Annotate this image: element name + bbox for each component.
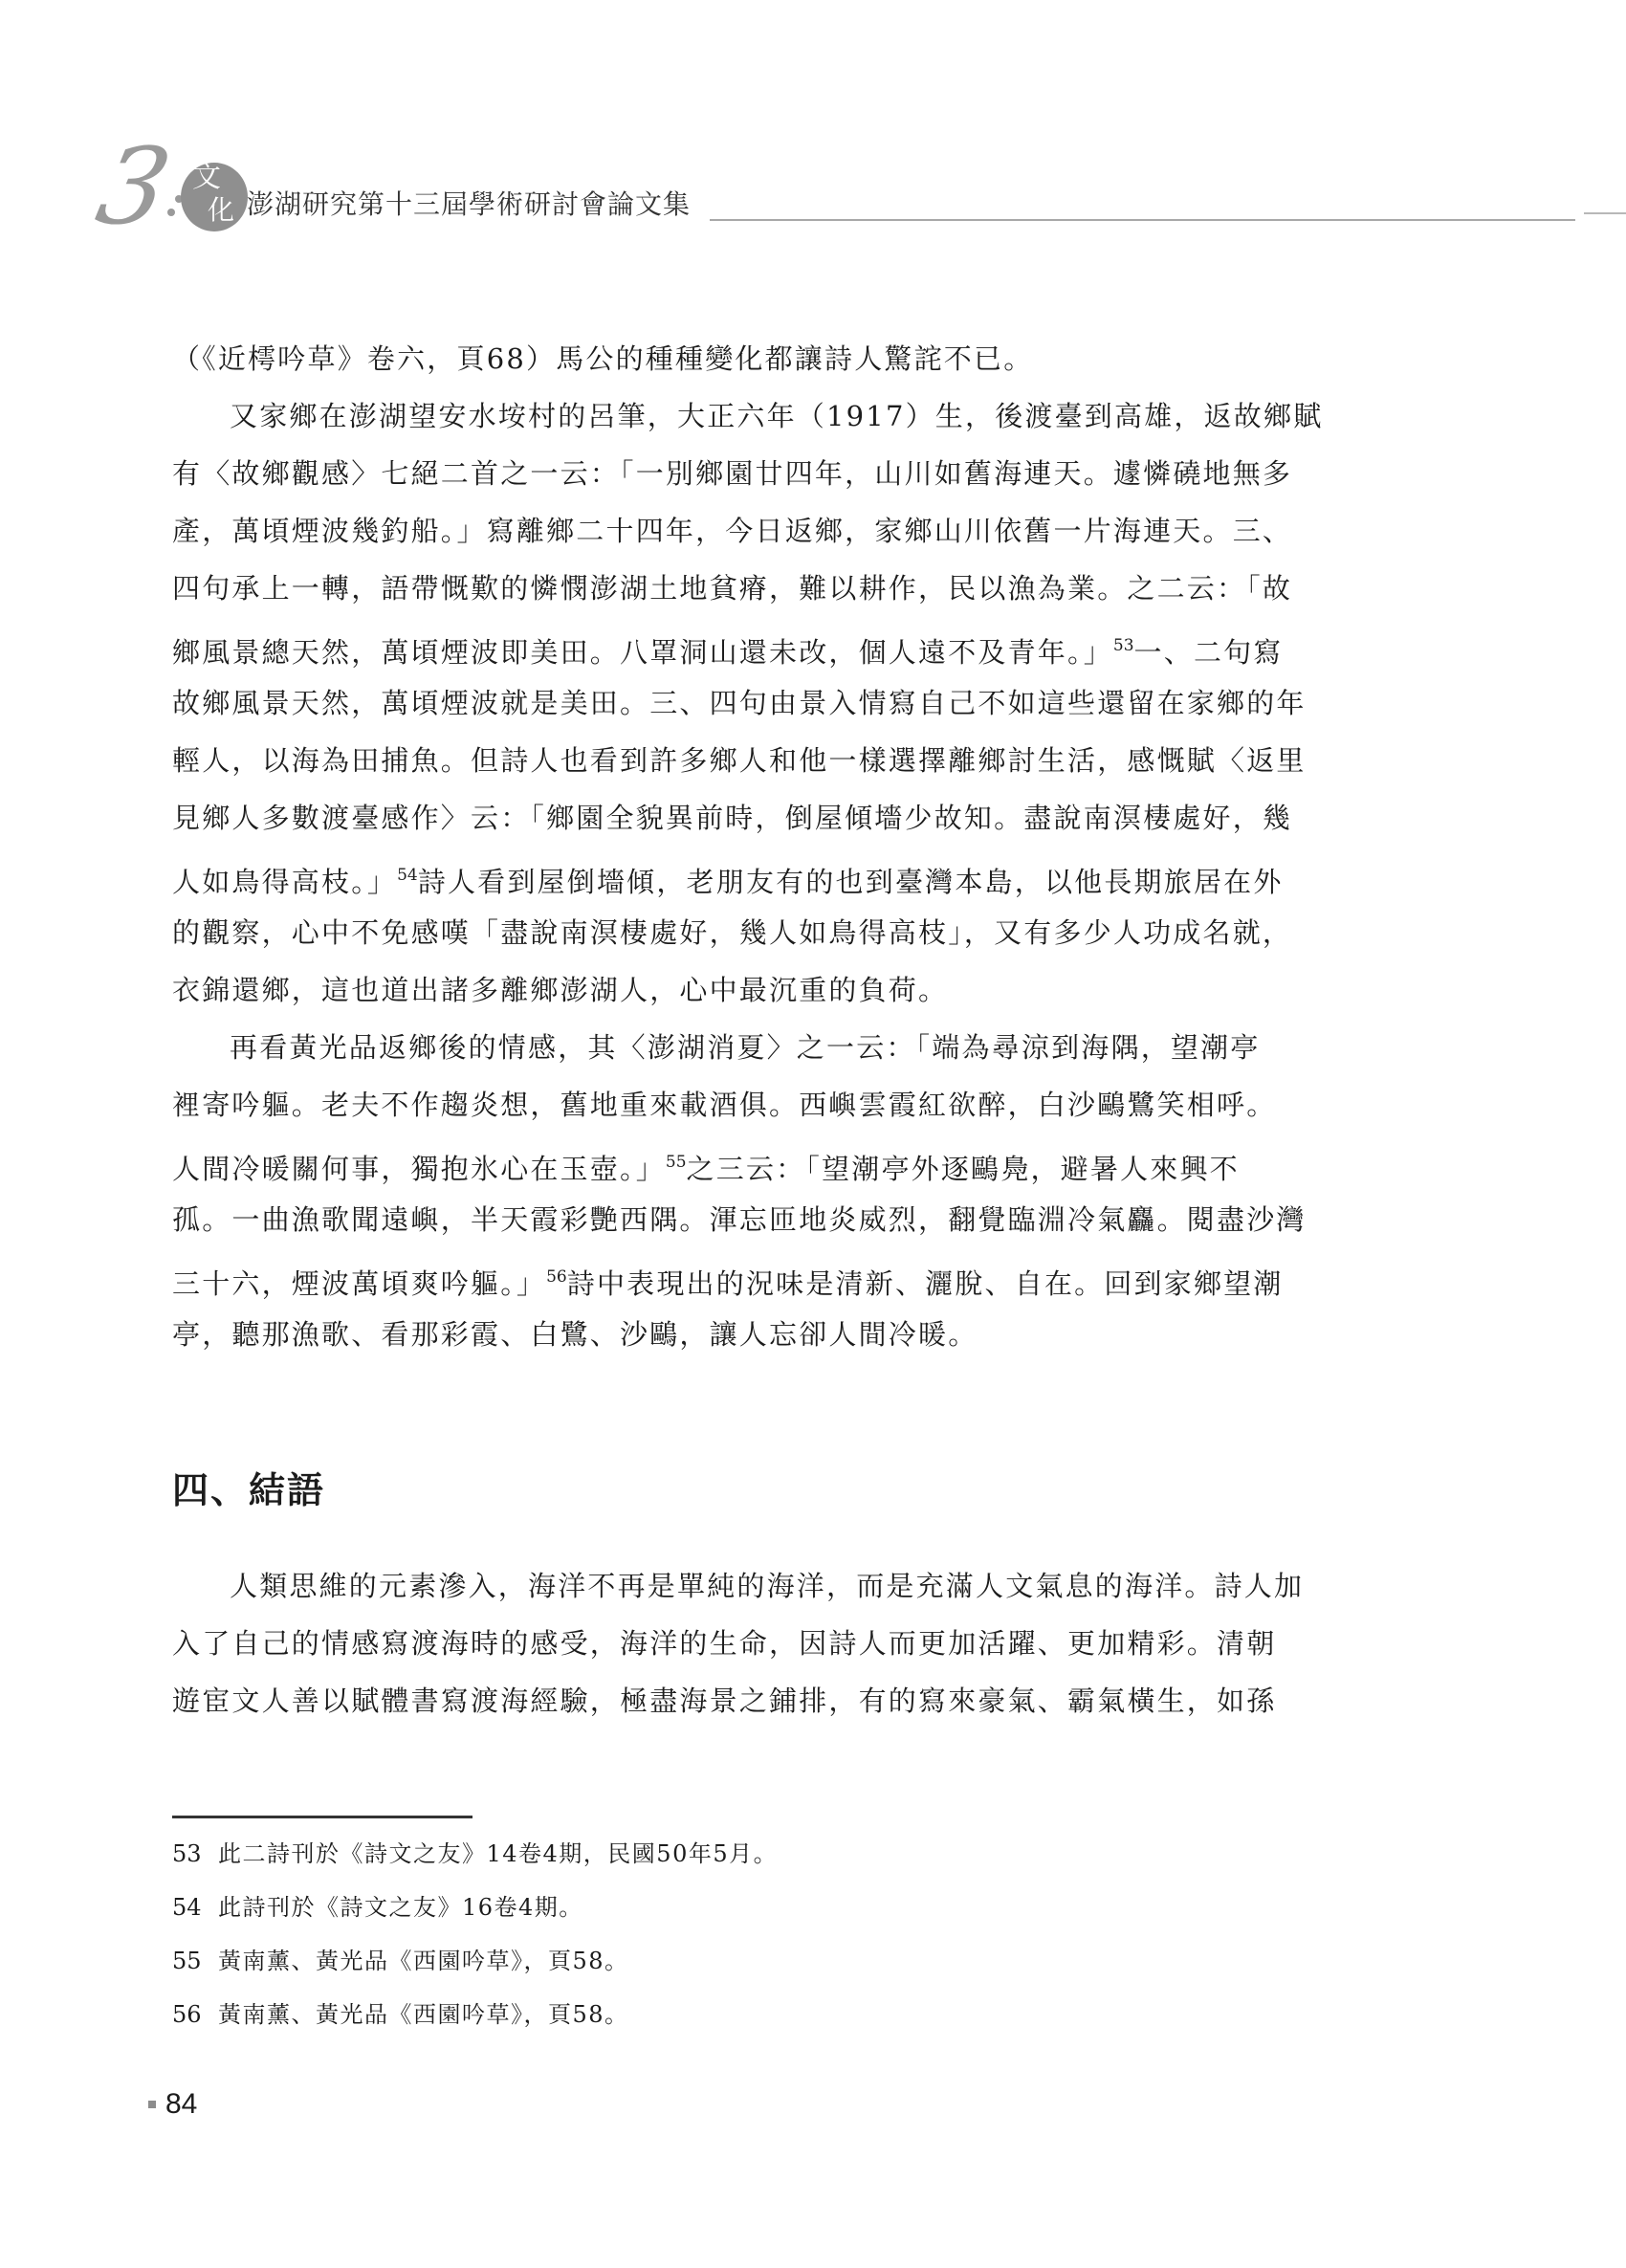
text-line: 再看黃光品返鄉後的情感，其〈澎湖消夏〉之一云：「端為尋涼到海隅，望潮亭 (230, 1028, 1379, 1067)
text-line: 有〈故鄉觀感〉七絕二首之一云：「一別鄉園廿四年，山川如舊海連天。遽憐磽地無多 (172, 454, 1379, 493)
text-line: 人類思維的元素滲入，海洋不再是單純的海洋，而是充滿人文氣息的海洋。詩人加 (230, 1567, 1379, 1605)
footnote-53: 53此二詩刊於《詩文之友》14卷4期，民國50年5月。 (172, 1838, 778, 1870)
logo-number: 3 (89, 134, 178, 239)
text-line: 人間冷暖關何事，獨抱氷心在玉壺。」55之三云：「望潮亭外逐鷗鳧，避暑人來興不 (172, 1143, 1379, 1188)
line-text: 故鄉風景天然，萬頃煙波就是美田。三、四句由景入情寫自己不如這些還留在家鄉的年 (172, 687, 1307, 719)
text-line: 入了自己的情感寫渡海時的感受，海洋的生命，因詩人而更加活躍、更加精彩。清朝 (172, 1624, 1379, 1662)
footnote-number: 54 (172, 1891, 218, 1924)
line-text: 人類思維的元素滲入，海洋不再是單純的海洋，而是充滿人文氣息的海洋。詩人加 (230, 1570, 1304, 1602)
line-text: 遊宦文人善以賦體書寫渡海經驗，極盡海景之鋪排，有的寫來豪氣、霸氣橫生，如孫 (172, 1684, 1276, 1717)
header-rule (710, 219, 1575, 221)
footnote-number: 55 (172, 1945, 218, 1977)
text-line: 又家鄉在澎湖望安水垵村的呂筆，大正六年（1917）生，後渡臺到高雄，返故鄉賦 (230, 397, 1379, 435)
text-line: 見鄉人多數渡臺感作〉云：「鄉園全貌異前時，倒屋傾墻少故知。盡說南溟棲處好，幾 (172, 799, 1379, 837)
line-text: 又家鄉在澎湖望安水垵村的呂筆，大正六年（1917）生，後渡臺到高雄，返故鄉賦 (230, 400, 1323, 432)
page-footer: 84 (148, 2088, 197, 2121)
line-text: 輕人，以海為田捕魚。但詩人也看到許多鄉人和他一樣選擇離鄉討生活，感慨賦〈返里 (172, 744, 1307, 777)
line-text: 再看黃光品返鄉後的情感，其〈澎湖消夏〉之一云：「端為尋涼到海隅，望潮亭 (230, 1031, 1261, 1064)
line-text: 孤。一曲漁歌聞遠嶼，半天霞彩艷西隅。渾忘匝地炎威烈，翻覺臨淵冷氣麤。閱盡沙灣 (172, 1203, 1307, 1236)
text-line: 鄉風景總天然，萬頃煙波即美田。八罩洞山還未改，個人遠不及青年。」53一、二句寫 (172, 627, 1379, 672)
line-text: 有〈故鄉觀感〉七絕二首之一云：「一別鄉園廿四年，山川如舊海連天。遽憐磽地無多 (172, 457, 1292, 490)
text-line: 遊宦文人善以賦體書寫渡海經驗，極盡海景之鋪排，有的寫來豪氣、霸氣橫生，如孫 (172, 1682, 1379, 1720)
line-text: 詩中表現出的況味是清新、灑脫、自在。回到家鄉望潮 (567, 1267, 1284, 1300)
line-text: 裡寄吟軀。老夫不作趨炎想，舊地重來載酒俱。西嶼雲霞紅欲醉，白沙鷗鷺笑相呼。 (172, 1089, 1276, 1121)
text-line: 的觀察，心中不免感嘆「盡說南溟棲處好，幾人如鳥得高枝」，又有多少人功成名就， (172, 914, 1379, 952)
journal-logo: 3 文 化 (100, 143, 253, 239)
line-text: 衣錦還鄉，這也道出諸多離鄉澎湖人，心中最沉重的負荷。 (172, 974, 948, 1006)
text-line: 產，萬頃煙波幾釣船。」寫離鄉二十四年，今日返鄉，家鄉山川依舊一片海連天。三、 (172, 512, 1379, 550)
line-text: 四句承上一轉，語帶慨歎的憐憫澎湖土地貧瘠，難以耕作，民以漁為業。之二云：「故 (172, 572, 1292, 605)
line-text: 的觀察，心中不免感嘆「盡說南溟棲處好，幾人如鳥得高枝」，又有多少人功成名就， (172, 916, 1292, 949)
footnote-55: 55黃南薰、黃光品《西園吟草》，頁58。 (172, 1945, 629, 1977)
line-text: 入了自己的情感寫渡海時的感受，海洋的生命，因詩人而更加活躍、更加精彩。清朝 (172, 1627, 1276, 1660)
line-text: 一、二句寫 (1134, 636, 1284, 669)
line-text: （《近樗吟草》卷六，頁68）馬公的種種變化都讓詩人驚詫不已。 (172, 342, 1033, 375)
line-text: 亭，聽那漁歌、看那彩霞、白鷺、沙鷗，讓人忘卻人間冷暖。 (172, 1318, 978, 1351)
footnote-text: 黃南薰、黃光品《西園吟草》，頁58。 (218, 2001, 629, 2028)
page-header: 3 文 化 澎湖研究第十三屆學術研討會論文集 (0, 0, 1626, 249)
footnote-separator (172, 1816, 472, 1818)
footnote-number: 56 (172, 1998, 218, 2031)
line-text: 人如鳥得高枝。」 (172, 866, 397, 898)
text-line: 亭，聽那漁歌、看那彩霞、白鷺、沙鷗，讓人忘卻人間冷暖。 (172, 1315, 1379, 1354)
footnote-number: 53 (172, 1838, 218, 1870)
text-line: （《近樗吟草》卷六，頁68）馬公的種種變化都讓詩人驚詫不已。 (172, 340, 1379, 378)
footnote-text: 此二詩刊於《詩文之友》14卷4期，民國50年5月。 (218, 1840, 778, 1867)
line-text: 鄉風景總天然，萬頃煙波即美田。八罩洞山還未改，個人遠不及青年。」 (172, 636, 1113, 669)
line-text: 產，萬頃煙波幾釣船。」寫離鄉二十四年，今日返鄉，家鄉山川依舊一片海連天。三、 (172, 515, 1292, 547)
square-bullet-icon (148, 2101, 156, 2108)
text-line: 三十六，煙波萬頃爽吟軀。」56詩中表現出的況味是清新、灑脫、自在。回到家鄉望潮 (172, 1258, 1379, 1303)
footnote-text: 黃南薰、黃光品《西園吟草》，頁58。 (218, 1948, 629, 1974)
footnote-ref-53[interactable]: 53 (1113, 636, 1134, 655)
line-text: 人間冷暖關何事，獨抱氷心在玉壺。」 (172, 1153, 666, 1185)
text-line: 人如鳥得高枝。」54詩人看到屋倒墻傾，老朋友有的也到臺灣本島，以他長期旅居在外 (172, 856, 1379, 901)
footnote-text: 此詩刊於《詩文之友》16卷4期。 (218, 1894, 583, 1921)
text-line: 故鄉風景天然，萬頃煙波就是美田。三、四句由景入情寫自己不如這些還留在家鄉的年 (172, 684, 1379, 722)
line-text: 之三云：「望潮亭外逐鷗鳧，避暑人來興不 (687, 1153, 1240, 1185)
line-text: 見鄉人多數渡臺感作〉云：「鄉園全貌異前時，倒屋傾墻少故知。盡說南溟棲處好，幾 (172, 802, 1292, 834)
section-heading: 四、結語 (172, 1461, 325, 1513)
footnote-ref-55[interactable]: 55 (666, 1153, 687, 1172)
journal-title: 澎湖研究第十三屆學術研討會論文集 (247, 184, 691, 222)
footnote-56: 56黃南薰、黃光品《西園吟草》，頁58。 (172, 1998, 629, 2031)
footnote-ref-54[interactable]: 54 (397, 866, 418, 885)
text-line: 四句承上一轉，語帶慨歎的憐憫澎湖土地貧瘠，難以耕作，民以漁為業。之二云：「故 (172, 569, 1379, 607)
text-line: 衣錦還鄉，這也道出諸多離鄉澎湖人，心中最沉重的負荷。 (172, 971, 1379, 1009)
header-rule-end (1584, 212, 1626, 214)
line-text: 詩人看到屋倒墻傾，老朋友有的也到臺灣本島，以他長期旅居在外 (418, 866, 1284, 898)
logo-char-hua: 化 (208, 189, 234, 228)
footnote-ref-56[interactable]: 56 (546, 1267, 567, 1287)
text-line: 輕人，以海為田捕魚。但詩人也看到許多鄉人和他一樣選擇離鄉討生活，感慨賦〈返里 (172, 741, 1379, 780)
text-line: 孤。一曲漁歌聞遠嶼，半天霞彩艷西隅。渾忘匝地炎威烈，翻覺臨淵冷氣麤。閱盡沙灣 (172, 1200, 1379, 1239)
logo-dots-icon (167, 209, 175, 216)
page-number: 84 (165, 2088, 197, 2121)
text-line: 裡寄吟軀。老夫不作趨炎想，舊地重來載酒俱。西嶼雲霞紅欲醉，白沙鷗鷺笑相呼。 (172, 1086, 1379, 1124)
line-text: 三十六，煙波萬頃爽吟軀。」 (172, 1267, 546, 1300)
footnote-54: 54此詩刊於《詩文之友》16卷4期。 (172, 1891, 583, 1924)
